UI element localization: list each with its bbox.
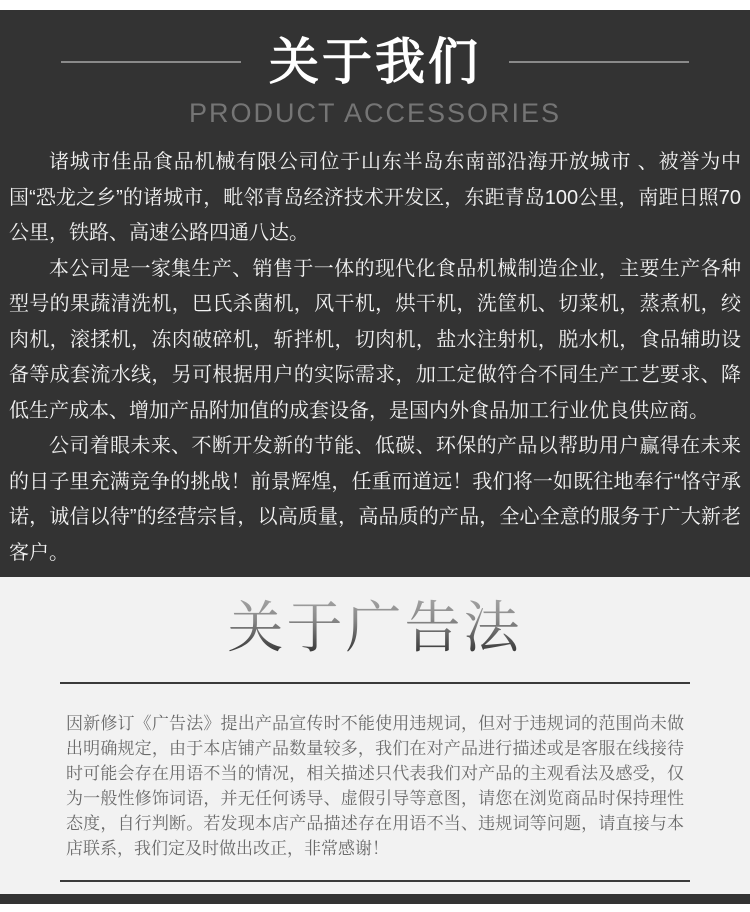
divider-bottom	[60, 880, 690, 882]
bottom-white-strip	[0, 904, 750, 912]
about-header: 关于我们	[0, 31, 750, 93]
decor-line-left	[61, 61, 241, 63]
about-paragraph-company-location: 诸城市佳品食品机械有限公司位于山东半岛东南部沿海开放城市 、被誉为中国“恐龙之乡…	[9, 145, 741, 252]
about-paragraph-vision: 公司着眼未来、不断开发新的节能、低碳、环保的产品以帮助用户赢得在未来的日子里充满…	[9, 429, 741, 571]
decor-line-right	[509, 61, 689, 63]
ad-law-section: 关于广告法 因新修订《广告法》提出产品宣传时不能使用违规词，但对于违规词的范围尚…	[0, 577, 750, 894]
ad-law-title: 关于广告法	[0, 598, 750, 658]
about-subtitle: PRODUCT ACCESSORIES	[0, 98, 750, 128]
ad-law-disclaimer-text: 因新修订《广告法》提出产品宣传时不能使用违规词，但对于违规词的范围尚未做出明确规…	[66, 711, 684, 861]
about-paragraph-products: 本公司是一家集生产、销售于一体的现代化食品机械制造企业，主要生产各种型号的果蔬清…	[9, 252, 741, 430]
divider-top	[60, 682, 690, 684]
about-title: 关于我们	[269, 33, 481, 91]
about-section: 关于我们 PRODUCT ACCESSORIES 诸城市佳品食品机械有限公司位于…	[0, 10, 750, 577]
about-body: 诸城市佳品食品机械有限公司位于山东半岛东南部沿海开放城市 、被誉为中国“恐龙之乡…	[0, 145, 750, 571]
product-detail-page: 关于我们 PRODUCT ACCESSORIES 诸城市佳品食品机械有限公司位于…	[0, 0, 750, 912]
footer-dark-strip	[0, 894, 750, 904]
top-white-strip	[0, 0, 750, 10]
